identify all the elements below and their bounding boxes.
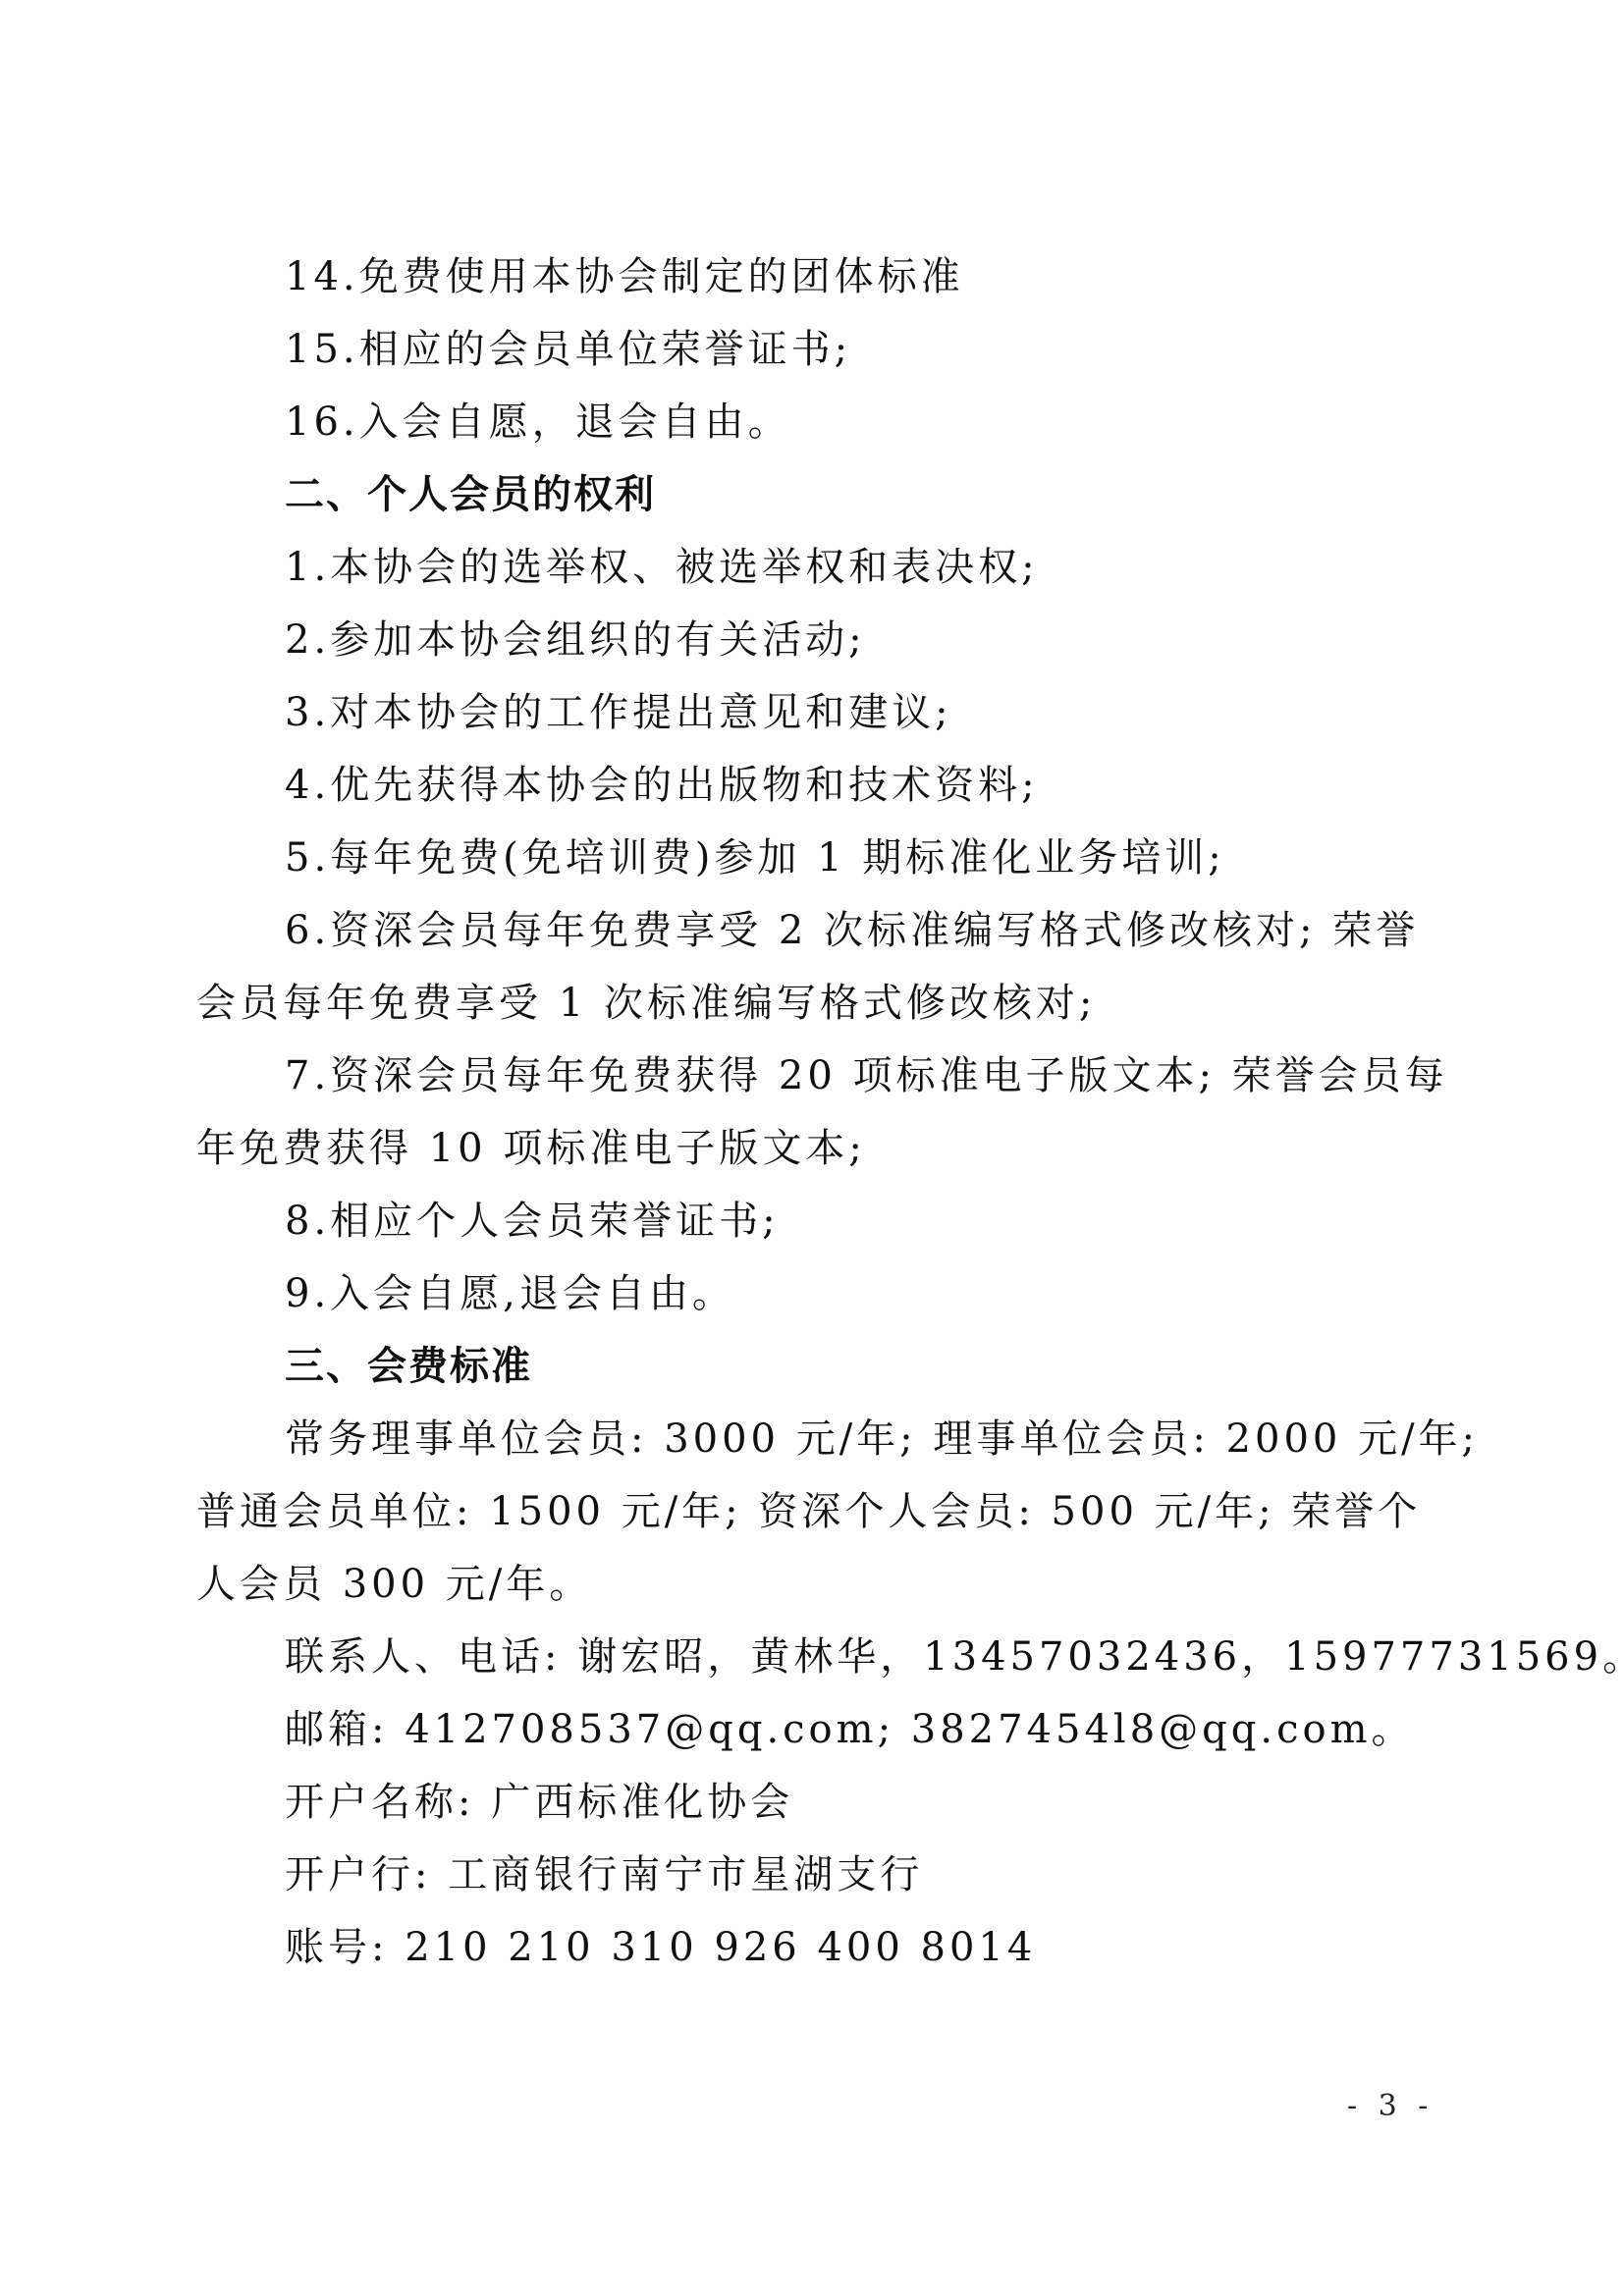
page-number: - 3 -: [1347, 2089, 1434, 2123]
list-item-individual-right-8: 8.相应个人会员荣誉证书;: [196, 1185, 1438, 1257]
list-item-individual-right-6-line1: 6.资深会员每年免费享受 2 次标准编写格式修改核对; 荣誉: [196, 894, 1438, 967]
list-item-unit-right-16: 16.入会自愿，退会自由。: [196, 386, 1438, 458]
list-item-individual-right-2: 2.参加本协会组织的有关活动;: [196, 604, 1438, 676]
list-item-individual-right-4: 4.优先获得本协会的出版物和技术资料;: [196, 749, 1438, 822]
list-item-unit-right-15: 15.相应的会员单位荣誉证书;: [196, 313, 1438, 386]
list-item-individual-right-5: 5.每年免费(免培训费)参加 1 期标准化业务培训;: [196, 822, 1438, 894]
list-item-individual-right-7-line2: 年免费获得 10 项标准电子版文本;: [196, 1112, 1438, 1185]
bank-line: 开户行: 工商银行南宁市星湖支行: [196, 1839, 1438, 1911]
account-number-line: 账号: 210 210 310 926 400 8014: [196, 1911, 1438, 1984]
fee-paragraph-line3: 人会员 300 元/年。: [196, 1548, 1438, 1621]
list-item-unit-right-14: 14.免费使用本协会制定的团体标准: [196, 240, 1438, 313]
section-heading-fee-standards: 三、会费标准: [196, 1330, 1438, 1403]
fee-paragraph-line1: 常务理事单位会员: 3000 元/年; 理事单位会员: 2000 元/年;: [196, 1403, 1438, 1475]
list-item-individual-right-3: 3.对本协会的工作提出意见和建议;: [196, 676, 1438, 749]
list-item-individual-right-6-line2: 会员每年免费享受 1 次标准编写格式修改核对;: [196, 967, 1438, 1040]
account-name-line: 开户名称: 广西标准化协会: [196, 1766, 1438, 1839]
list-item-individual-right-1: 1.本协会的选举权、被选举权和表决权;: [196, 531, 1438, 604]
list-item-individual-right-9: 9.入会自愿,退会自由。: [196, 1257, 1438, 1330]
contact-line: 联系人、电话: 谢宏昭，黄林华，13457032436，15977731569。: [196, 1621, 1438, 1693]
document-page: 14.免费使用本协会制定的团体标准 15.相应的会员单位荣誉证书; 16.入会自…: [0, 0, 1624, 2296]
email-line: 邮箱: 412708537@qq.com; 3827454l8@qq.com。: [196, 1693, 1438, 1766]
fee-paragraph-line2: 普通会员单位: 1500 元/年; 资深个人会员: 500 元/年; 荣誉个: [196, 1475, 1438, 1548]
list-item-individual-right-7-line1: 7.资深会员每年免费获得 20 项标准电子版文本; 荣誉会员每: [196, 1040, 1438, 1112]
document-body: 14.免费使用本协会制定的团体标准 15.相应的会员单位荣誉证书; 16.入会自…: [196, 240, 1438, 1984]
section-heading-individual-rights: 二、个人会员的权利: [196, 458, 1438, 531]
